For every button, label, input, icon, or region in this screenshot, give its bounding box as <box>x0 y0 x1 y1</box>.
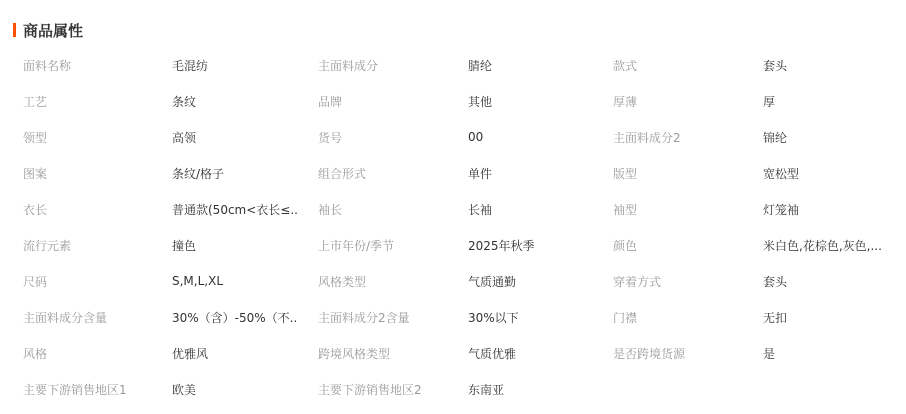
attribute-label: 主要下游销售地区1 <box>23 379 168 399</box>
attribute-row: 主要下游销售地区1 欧美 主要下游销售地区2 东南亚 <box>23 379 903 414</box>
accent-bar <box>13 23 16 37</box>
attribute-label: 袖型 <box>613 199 758 219</box>
attribute-row: 面料名称 毛混纺 主面料成分 腈纶 款式 套头 <box>23 55 903 91</box>
attribute-label: 上市年份/季节 <box>318 235 463 255</box>
attributes-grid: 面料名称 毛混纺 主面料成分 腈纶 款式 套头 工艺 条纹 品牌 其他 厚薄 厚… <box>23 55 903 414</box>
attribute-value: 高领 <box>172 127 297 147</box>
attribute-value: 长袖 <box>468 199 593 219</box>
attribute-value: 米白色,花棕色,灰色,... <box>763 235 888 255</box>
attribute-value: 00 <box>468 127 593 147</box>
attribute-value: 腈纶 <box>468 55 593 75</box>
section-header: 商品属性 <box>13 20 83 40</box>
attribute-label: 跨境风格类型 <box>318 343 463 363</box>
attribute-label: 主面料成分 <box>318 55 463 75</box>
attribute-row: 工艺 条纹 品牌 其他 厚薄 厚 <box>23 91 903 127</box>
attribute-value: 条纹 <box>172 91 297 111</box>
attribute-value: 欧美 <box>172 379 297 399</box>
attribute-value: 套头 <box>763 271 888 291</box>
attribute-value: 气质优雅 <box>468 343 593 363</box>
attribute-row: 尺码 S,M,L,XL 风格类型 气质通勤 穿着方式 套头 <box>23 271 903 307</box>
attribute-label: 颜色 <box>613 235 758 255</box>
attribute-row: 风格 优雅风 跨境风格类型 气质优雅 是否跨境货源 是 <box>23 343 903 379</box>
attribute-label: 领型 <box>23 127 168 147</box>
attribute-label: 流行元素 <box>23 235 168 255</box>
attribute-row: 流行元素 撞色 上市年份/季节 2025年秋季 颜色 米白色,花棕色,灰色,..… <box>23 235 903 271</box>
attribute-value: 其他 <box>468 91 593 111</box>
attribute-label: 品牌 <box>318 91 463 111</box>
attribute-value: 套头 <box>763 55 888 75</box>
attribute-label: 版型 <box>613 163 758 183</box>
attribute-value: 单件 <box>468 163 593 183</box>
attribute-row: 图案 条纹/格子 组合形式 单件 版型 宽松型 <box>23 163 903 199</box>
attribute-value: 东南亚 <box>468 379 593 399</box>
attribute-row: 领型 高领 货号 00 主面料成分2 锦纶 <box>23 127 903 163</box>
attribute-label: 货号 <box>318 127 463 147</box>
attribute-label: 组合形式 <box>318 163 463 183</box>
attribute-label: 面料名称 <box>23 55 168 75</box>
attribute-value: 厚 <box>763 91 888 111</box>
attribute-value: 毛混纺 <box>172 55 297 75</box>
attribute-value: 宽松型 <box>763 163 888 183</box>
attribute-row: 衣长 普通款(50cm<衣长≤... 袖长 长袖 袖型 灯笼袖 <box>23 199 903 235</box>
attribute-label: 袖长 <box>318 199 463 219</box>
attribute-value: 无扣 <box>763 307 888 327</box>
attribute-label: 衣长 <box>23 199 168 219</box>
attribute-value: 锦纶 <box>763 127 888 147</box>
attribute-label: 主面料成分含量 <box>23 307 168 327</box>
attribute-label: 穿着方式 <box>613 271 758 291</box>
attribute-label: 工艺 <box>23 91 168 111</box>
attribute-value: 条纹/格子 <box>172 163 297 183</box>
section-title: 商品属性 <box>23 20 83 41</box>
attribute-row: 主面料成分含量 30%（含）-50%（不... 主面料成分2含量 30%以下 门… <box>23 307 903 343</box>
attribute-value: 30%（含）-50%（不... <box>172 307 297 327</box>
attribute-label: 款式 <box>613 55 758 75</box>
attribute-value: 是 <box>763 343 888 363</box>
attribute-value: 灯笼袖 <box>763 199 888 219</box>
attribute-label: 图案 <box>23 163 168 183</box>
attribute-label: 主要下游销售地区2 <box>318 379 463 399</box>
attribute-value: 撞色 <box>172 235 297 255</box>
attribute-label: 尺码 <box>23 271 168 291</box>
attribute-label: 风格 <box>23 343 168 363</box>
attribute-label: 是否跨境货源 <box>613 343 758 363</box>
attribute-value: 普通款(50cm<衣长≤... <box>172 199 297 219</box>
attribute-value: 气质通勤 <box>468 271 593 291</box>
attribute-label: 主面料成分2 <box>613 127 758 147</box>
attribute-label: 风格类型 <box>318 271 463 291</box>
attribute-label: 主面料成分2含量 <box>318 307 463 327</box>
attribute-value: 30%以下 <box>468 307 593 327</box>
attribute-value: S,M,L,XL <box>172 271 297 291</box>
attribute-label: 门襟 <box>613 307 758 327</box>
attribute-label: 厚薄 <box>613 91 758 111</box>
attribute-value: 优雅风 <box>172 343 297 363</box>
attribute-value: 2025年秋季 <box>468 235 593 255</box>
